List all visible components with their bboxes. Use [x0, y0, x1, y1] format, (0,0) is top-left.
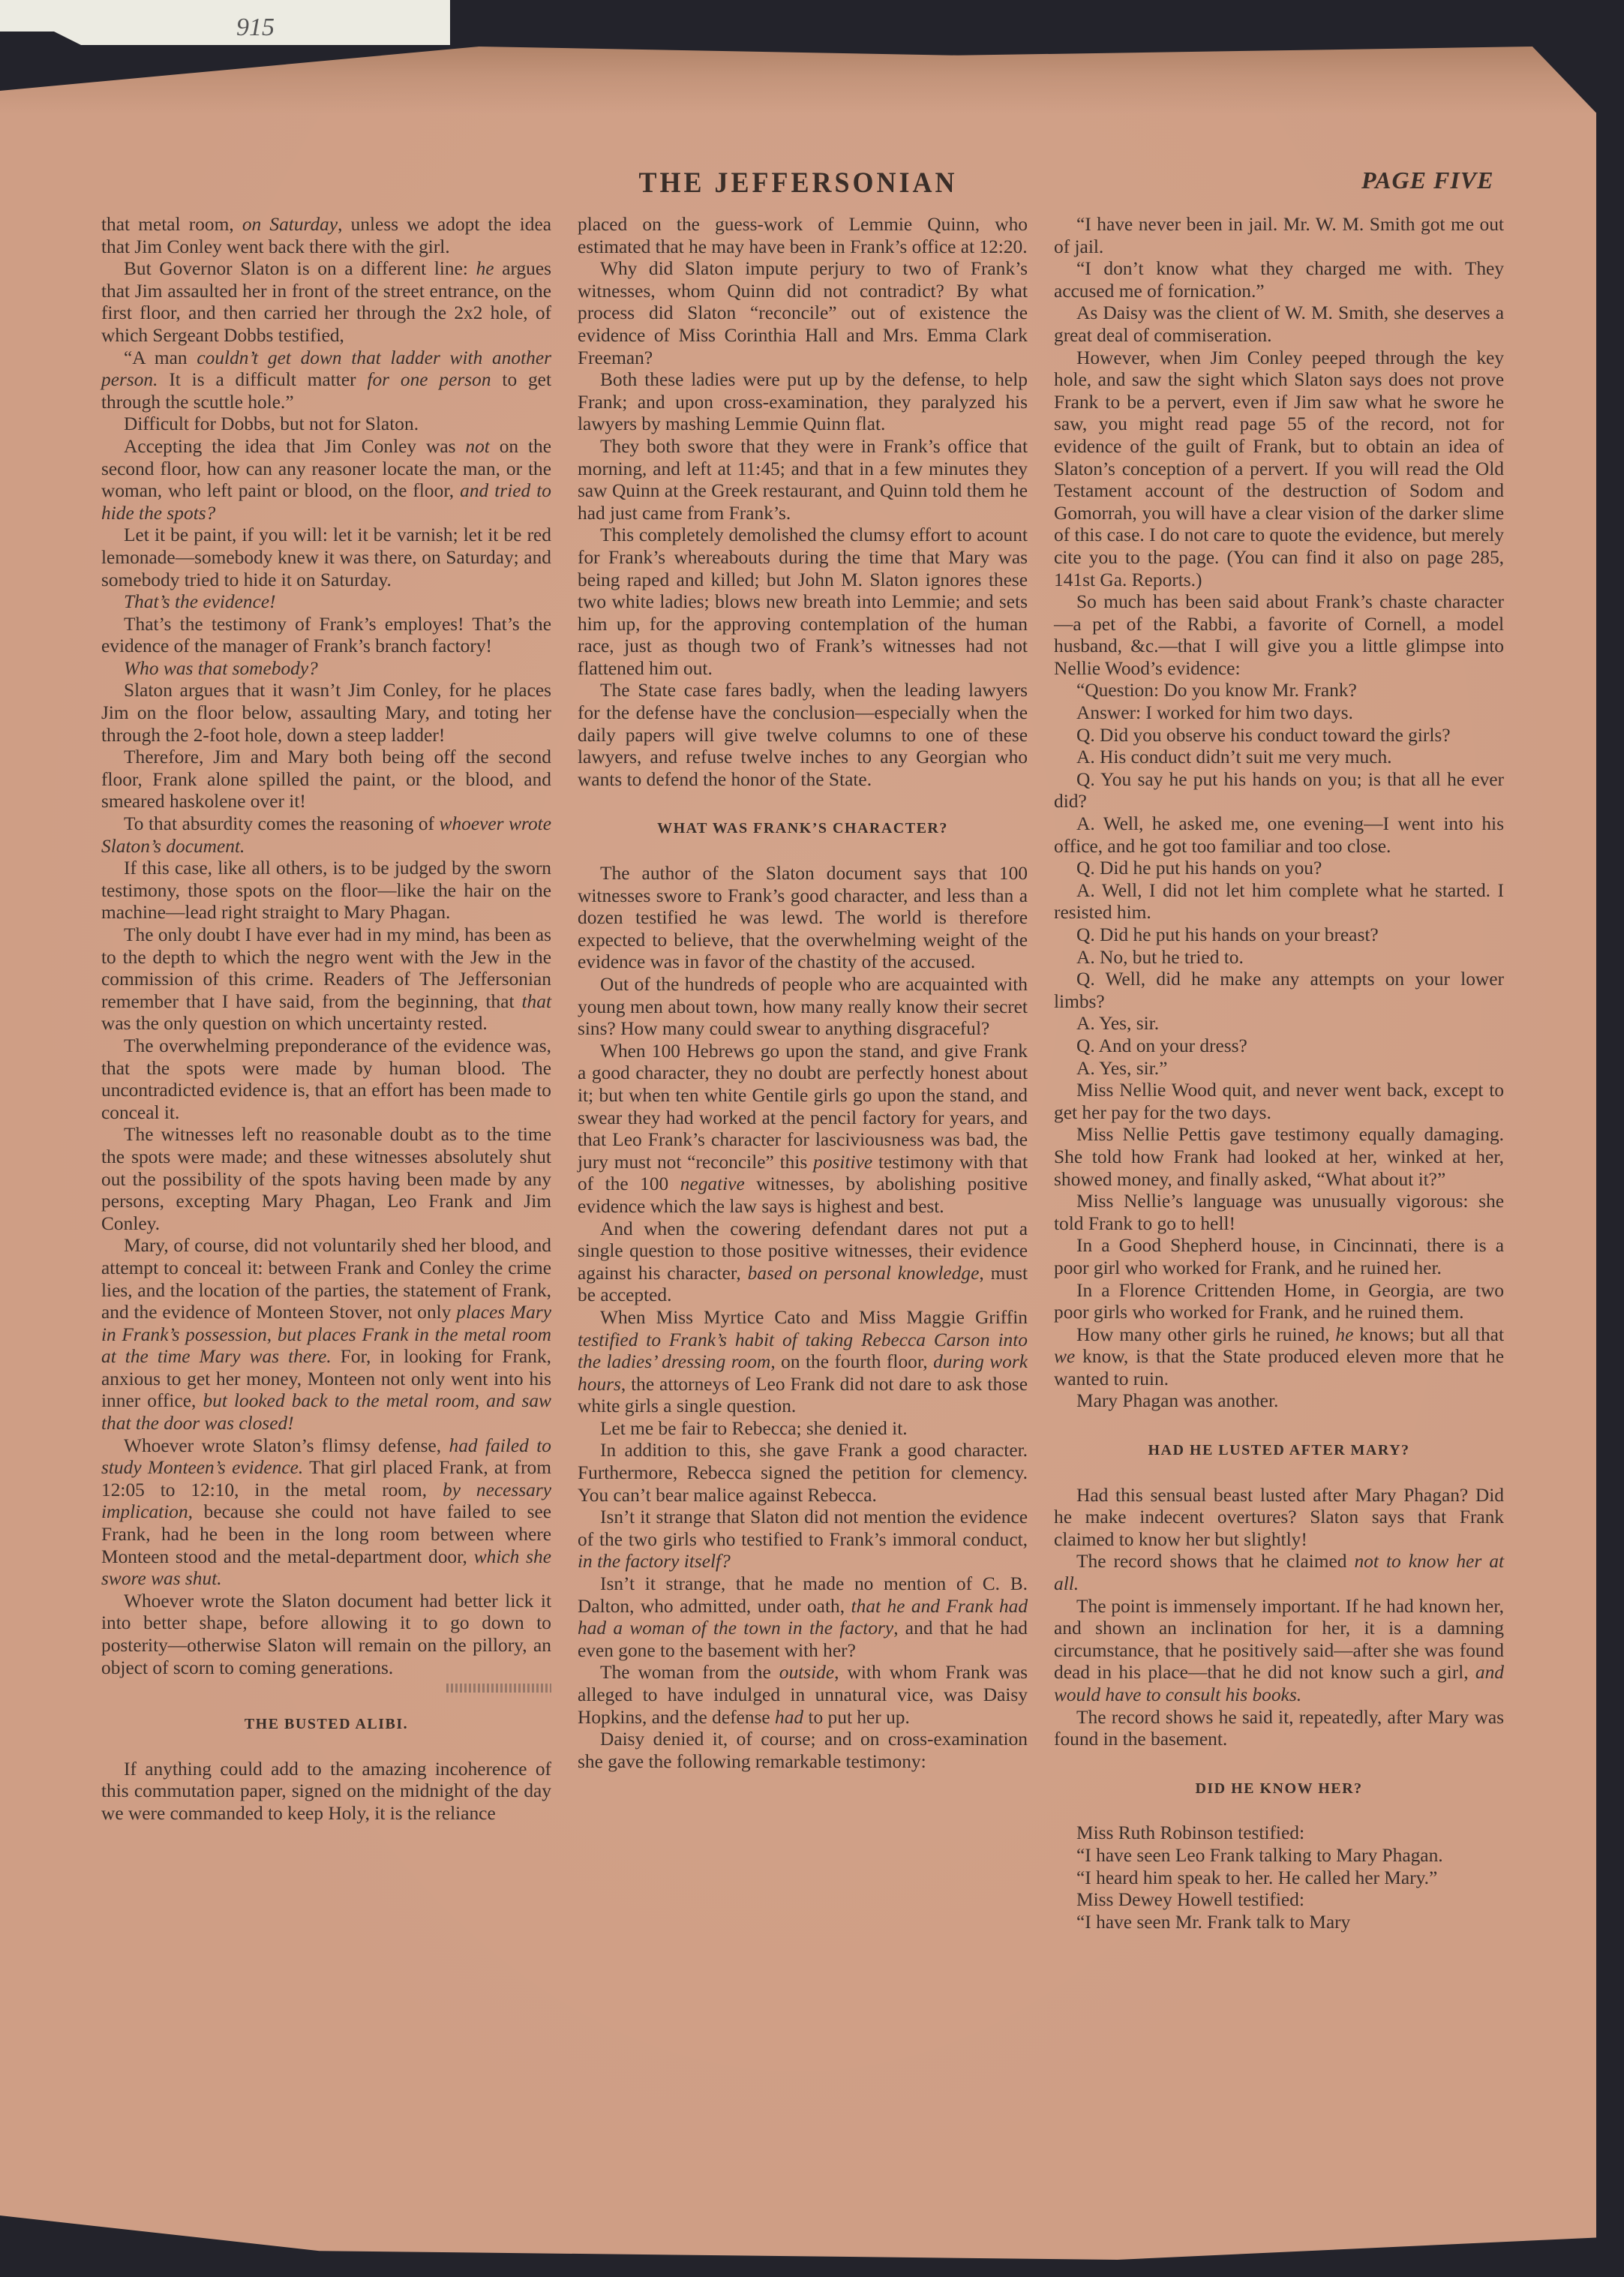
paragraph: Miss Nellie Wood quit, and never went ba… [1054, 1080, 1504, 1124]
section-heading: DID HE KNOW HER? [1054, 1778, 1504, 1801]
paragraph: The witnesses left no reasonable doubt a… [101, 1124, 551, 1235]
paragraph: To that absurdity comes the reasoning of… [101, 813, 551, 858]
paragraph: A. Well, I did not let him complete what… [1054, 880, 1504, 924]
paragraph: “A man couldn’t get down that ladder wit… [101, 347, 551, 414]
paragraph: Mary, of course, did not voluntarily she… [101, 1235, 551, 1434]
paragraph: A. His conduct didn’t suit me very much. [1054, 746, 1504, 769]
paragraph: Miss Nellie’s language was unusually vig… [1054, 1191, 1504, 1235]
paragraph: In a Good Shepherd house, in Cincinnati,… [1054, 1235, 1504, 1279]
column-3: “I have never been in jail. Mr. W. M. Sm… [1054, 214, 1504, 1933]
paragraph: Daisy denied it, of course; and on cross… [578, 1729, 1028, 1773]
paragraph: Who was that somebody? [101, 658, 551, 680]
paragraph: Difficult for Dobbs, but not for Slaton. [101, 413, 551, 436]
paragraph: When 100 Hebrews go upon the stand, and … [578, 1041, 1028, 1218]
paragraph: “I have seen Mr. Frank talk to Mary [1054, 1912, 1504, 1934]
archive-mark: 915 [236, 14, 275, 42]
paragraph: When Miss Myrtice Cato and Miss Maggie G… [578, 1307, 1028, 1418]
paragraph: “I have never been in jail. Mr. W. M. Sm… [1054, 214, 1504, 258]
paragraph: The record shows he said it, repeatedly,… [1054, 1707, 1504, 1751]
paragraph: How many other girls he ruined, he knows… [1054, 1324, 1504, 1391]
paragraph: Q. Did he put his hands on you? [1054, 858, 1504, 880]
paragraph: Answer: I worked for him two days. [1054, 702, 1504, 725]
paragraph: Had this sensual beast lusted after Mary… [1054, 1485, 1504, 1552]
paragraph: Miss Dewey Howell testified: [1054, 1889, 1504, 1912]
paragraph: So much has been said about Frank’s chas… [1054, 591, 1504, 680]
paragraph: “I heard him speak to her. He called her… [1054, 1867, 1504, 1890]
section-heading: HAD HE LUSTED AFTER MARY? [1054, 1440, 1504, 1462]
paragraph: The record shows that he claimed not to … [1054, 1551, 1504, 1595]
paragraph: Q. Did he put his hands on your breast? [1054, 924, 1504, 947]
paragraph: The State case fares badly, when the lea… [578, 680, 1028, 791]
paragraph: The overwhelming preponderance of the ev… [101, 1035, 551, 1124]
paragraph: Out of the hundreds of people who are ac… [578, 974, 1028, 1041]
paragraph: The author of the Slaton document says t… [578, 863, 1028, 974]
paragraph: Mary Phagan was another. [1054, 1390, 1504, 1413]
paragraph: A. Well, he asked me, one evening—I went… [1054, 813, 1504, 858]
paragraph: In addition to this, she gave Frank a go… [578, 1440, 1028, 1506]
paragraph: Q. Well, did he make any attempts on you… [1054, 969, 1504, 1013]
paragraph: “I don’t know what they charged me with.… [1054, 258, 1504, 302]
paragraph: that metal room, on Saturday, unless we … [101, 214, 551, 258]
page-number: PAGE FIVE [1361, 167, 1493, 194]
column-2: placed on the guess-work of Lemmie Quinn… [578, 214, 1028, 1773]
paragraph: If this case, like all others, is to be … [101, 858, 551, 924]
paragraph: Q. You say he put his hands on you; is t… [1054, 769, 1504, 813]
paragraph: A. Yes, sir. [1054, 1013, 1504, 1035]
paragraph: The only doubt I have ever had in my min… [101, 924, 551, 1035]
paragraph: Let it be paint, if you will: let it be … [101, 524, 551, 591]
masthead: THE JEFFERSONIAN [0, 165, 1596, 200]
paragraph: Accepting the idea that Jim Conley was n… [101, 436, 551, 524]
ornament-rule [446, 1684, 551, 1693]
paragraph: If anything could add to the amazing inc… [101, 1759, 551, 1825]
paragraph: Therefore, Jim and Mary both being off t… [101, 746, 551, 813]
paragraph: Slaton argues that it wasn’t Jim Conley,… [101, 680, 551, 746]
paragraph: Miss Ruth Robinson testified: [1054, 1822, 1504, 1845]
paragraph: And when the cowering defendant dares no… [578, 1218, 1028, 1307]
paragraph: Isn’t it strange, that he made no mentio… [578, 1573, 1028, 1662]
paragraph: This completely demolished the clumsy ef… [578, 524, 1028, 680]
paragraph: Q. And on your dress? [1054, 1035, 1504, 1058]
paragraph: They both swore that they were in Frank’… [578, 436, 1028, 524]
paragraph: placed on the guess-work of Lemmie Quinn… [578, 214, 1028, 258]
paragraph: Q. Did you observe his conduct toward th… [1054, 725, 1504, 747]
paragraph: The woman from the outside, with whom Fr… [578, 1662, 1028, 1729]
paragraph: “Question: Do you know Mr. Frank? [1054, 680, 1504, 702]
paragraph: Miss Nellie Pettis gave testimony equall… [1054, 1124, 1504, 1191]
paragraph: Why did Slaton impute perjury to two of … [578, 258, 1028, 369]
paragraph: In a Florence Crittenden Home, in Georgi… [1054, 1280, 1504, 1324]
paragraph: However, when Jim Conley peeped through … [1054, 347, 1504, 592]
paragraph: A. No, but he tried to. [1054, 947, 1504, 969]
paragraph: As Daisy was the client of W. M. Smith, … [1054, 302, 1504, 347]
paragraph: Let me be fair to Rebecca; she denied it… [578, 1418, 1028, 1440]
paragraph: Isn’t it strange that Slaton did not men… [578, 1506, 1028, 1573]
section-heading: THE BUSTED ALIBI. [101, 1714, 551, 1736]
paragraph: The point is immensely important. If he … [1054, 1596, 1504, 1707]
paragraph: Whoever wrote Slaton’s flimsy defense, h… [101, 1435, 551, 1591]
paragraph: That’s the evidence! [101, 591, 551, 614]
archive-tab-slip: 915 [0, 0, 450, 45]
paragraph: “I have seen Leo Frank talking to Mary P… [1054, 1845, 1504, 1867]
section-heading: WHAT WAS FRANK’S CHARACTER? [578, 818, 1028, 840]
paragraph: But Governor Slaton is on a different li… [101, 258, 551, 347]
paragraph: Whoever wrote the Slaton document had be… [101, 1591, 551, 1679]
column-1: that metal room, on Saturday, unless we … [101, 214, 551, 1825]
paragraph: Both these ladies were put up by the def… [578, 369, 1028, 436]
paragraph: A. Yes, sir.” [1054, 1058, 1504, 1080]
paragraph: That’s the testimony of Frank’s employes… [101, 614, 551, 658]
